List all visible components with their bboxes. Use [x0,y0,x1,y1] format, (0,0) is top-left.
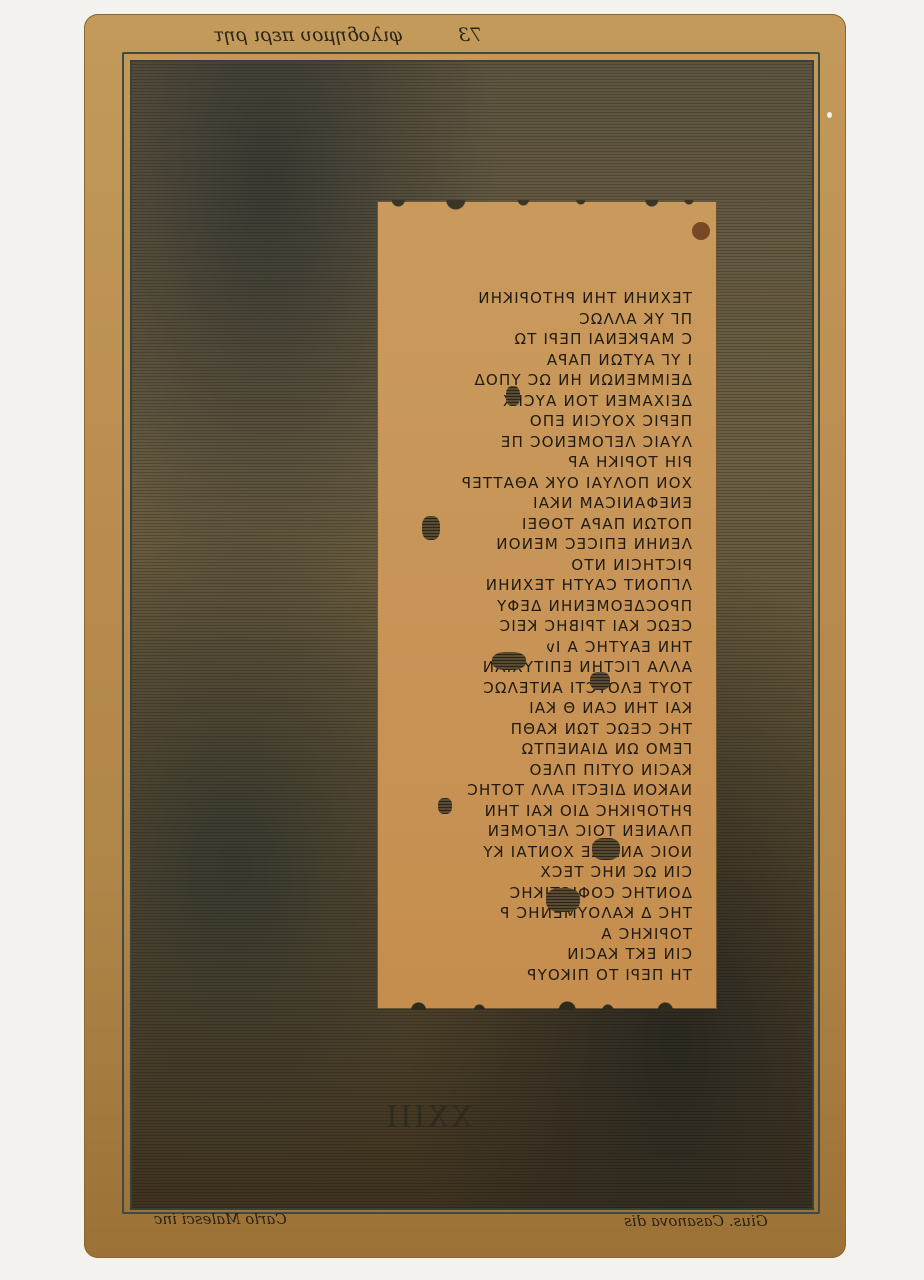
papyrus-line: ΡΙCΤΗCΙΝ ΝΤΟ [406,555,692,576]
papyrus-line: ΤΟΥΤ ΕΛΟΥCΤΙ ΑΝΤΕΛΩC [406,678,692,699]
papyrus-line: ΔΕΙΧΑΜΕΝ ΤΟΝ ΑΥCΓΧ [406,391,692,412]
papyrus-line: ΠΓ ΥΚ ΑΛΛΩC [406,309,692,330]
papyrus-line: ΠΕΡΙC ΧΟΥCΙΝ ΕΠΟ [406,411,692,432]
papyrus-line: ΤΗΝ ΕΑΥΤΗC Α Ιν [406,637,692,658]
papyrus-line: ΧΟΝ ΠΟΛΥΑΙ ΟΥΚ ΑΘΑΤΤΕΡ [406,473,692,494]
papyrus-line: ΝΟΙC ΑΝΑ ΔΕ ΧΟΝΤΑΙ ΚΥ [406,842,692,863]
hatched-field: ΤΕΧΝΗΝ ΤΗΝ ΡΗΤΟΡΙΚΗΝ ΠΓ ΥΚ ΑΛΛΩC C ΜΑΡΚΕ… [130,60,814,1210]
papyrus-line: ΠΡΟCΔΕΟΜΕΝΗΝ ΔΕΦΥ [406,596,692,617]
papyrus-line: C ΜΑΡΚΕΝΑΙ ΠΕΡΙ ΤΩ [406,329,692,350]
papyrus-lacuna [506,386,520,406]
papyrus-column: ΤΕΧΝΗΝ ΤΗΝ ΡΗΤΟΡΙΚΗΝ ΠΓ ΥΚ ΑΛΛΩC C ΜΑΡΚΕ… [378,202,716,1008]
papyrus-line: ΡΙΗ ΤΟΡΙΚΗ ΑΡ [406,452,692,473]
papyrus-line: ΠΛΑΝΕΝ ΤΟΙC ΛΕΓΟΜΕΝ [406,821,692,842]
plate-numeral: XXIII [384,1100,472,1135]
papyrus-line: ΠΟΤΩΝ ΠΑΡΑ ΤΟΘΕΙ [406,514,692,535]
papyrus-line: ΚΑΙ ΤΗΝ CΑΝ Θ ΚΑΙ [406,698,692,719]
papyrus-line: ΓΕΜΟ ΩΝ ΔΙΑΝΕΠΤΩ [406,739,692,760]
papyrus-line: CΙΝ ΕΚΤ ΚΑCΙΝ [406,944,692,965]
papyrus-lacuna [590,672,610,690]
papyrus-line: ΤΗ ΠΕΡΙ ΤΟ ΠΙΚΟΥΡ [406,965,692,986]
draughtsman-signature: Gius. Casanova dis [624,1212,768,1230]
copper-plate: φιλοδημου περι ρητ 73 ΤΕΧΝΗΝ ΤΗΝ ΡΗΤΟΡΙΚ… [84,14,846,1258]
papyrus-line: ΛΓΠΟΝΤ CΑΥΤΗ ΤΕΧΝΗΝ [406,575,692,596]
papyrus-torn-top-edge [378,200,716,214]
plate-nail-hole [827,112,832,118]
papyrus-line: CΙΝ ΩC ΝΗC ΤΕCΧ [406,862,692,883]
papyrus-line: ΔΕΙΜΜΕΝΩΝ ΗΝ ΩC ΥΠΟΔ [406,370,692,391]
papyrus-lacuna [492,652,526,670]
papyrus-line: ΚΑCΙΝ ΟΥΤΙΠ ΠΛΕΟ [406,760,692,781]
plate-page-number: 73 [458,24,482,46]
plate-header: φιλοδημου περι ρητ 73 [84,18,846,48]
papyrus-line: ΤΕΧΝΗΝ ΤΗΝ ΡΗΤΟΡΙΚΗΝ [406,288,692,309]
papyrus-line: ΕΝΕΦΑΝΙCΑΜ ΝΚΑΙ [406,493,692,514]
papyrus-line: CΕΩC ΚΑΙ ΤΡΙΒΗC ΚΕΙC [406,616,692,637]
papyrus-stain [692,222,710,240]
papyrus-lacuna [438,798,452,814]
papyrus-line: ΤΟΡΙΚΗC Α [406,924,692,945]
papyrus-lacuna [592,838,620,860]
engraver-signature: Carlo Malesci inc [154,1210,287,1228]
papyrus-line: ΑΛΛΑ ΓΙCΤΗΝ ΕΠΙΤΥΧΙΑΝ [406,657,692,678]
papyrus-line: ΛΥΑΙC ΛΕΓΟΜΕΝΟC ΠΕ [406,432,692,453]
papyrus-lacuna [546,888,580,912]
plate-header-title: φιλοδημου περι ρητ [214,24,403,46]
papyrus-line: Ι ΥΓ ΑΥΤΩΝ ΠΑΡΑ [406,350,692,371]
papyrus-line: ΛΕΝΗΝ ΕΠΙCΕC ΜΕΝΟΝ [406,534,692,555]
papyrus-torn-bottom-edge [378,996,716,1010]
papyrus-line: ΝΑΚΟΝ ΔΙΕCΤΙ ΑΛΛ ΤΟΤΗC [406,780,692,801]
papyrus-text: ΤΕΧΝΗΝ ΤΗΝ ΡΗΤΟΡΙΚΗΝ ΠΓ ΥΚ ΑΛΛΩC C ΜΑΡΚΕ… [406,288,692,985]
papyrus-lacuna [422,516,440,540]
papyrus-line: ΤΗC CΕΩC ΤΩΝ ΚΑΘΠ [406,719,692,740]
